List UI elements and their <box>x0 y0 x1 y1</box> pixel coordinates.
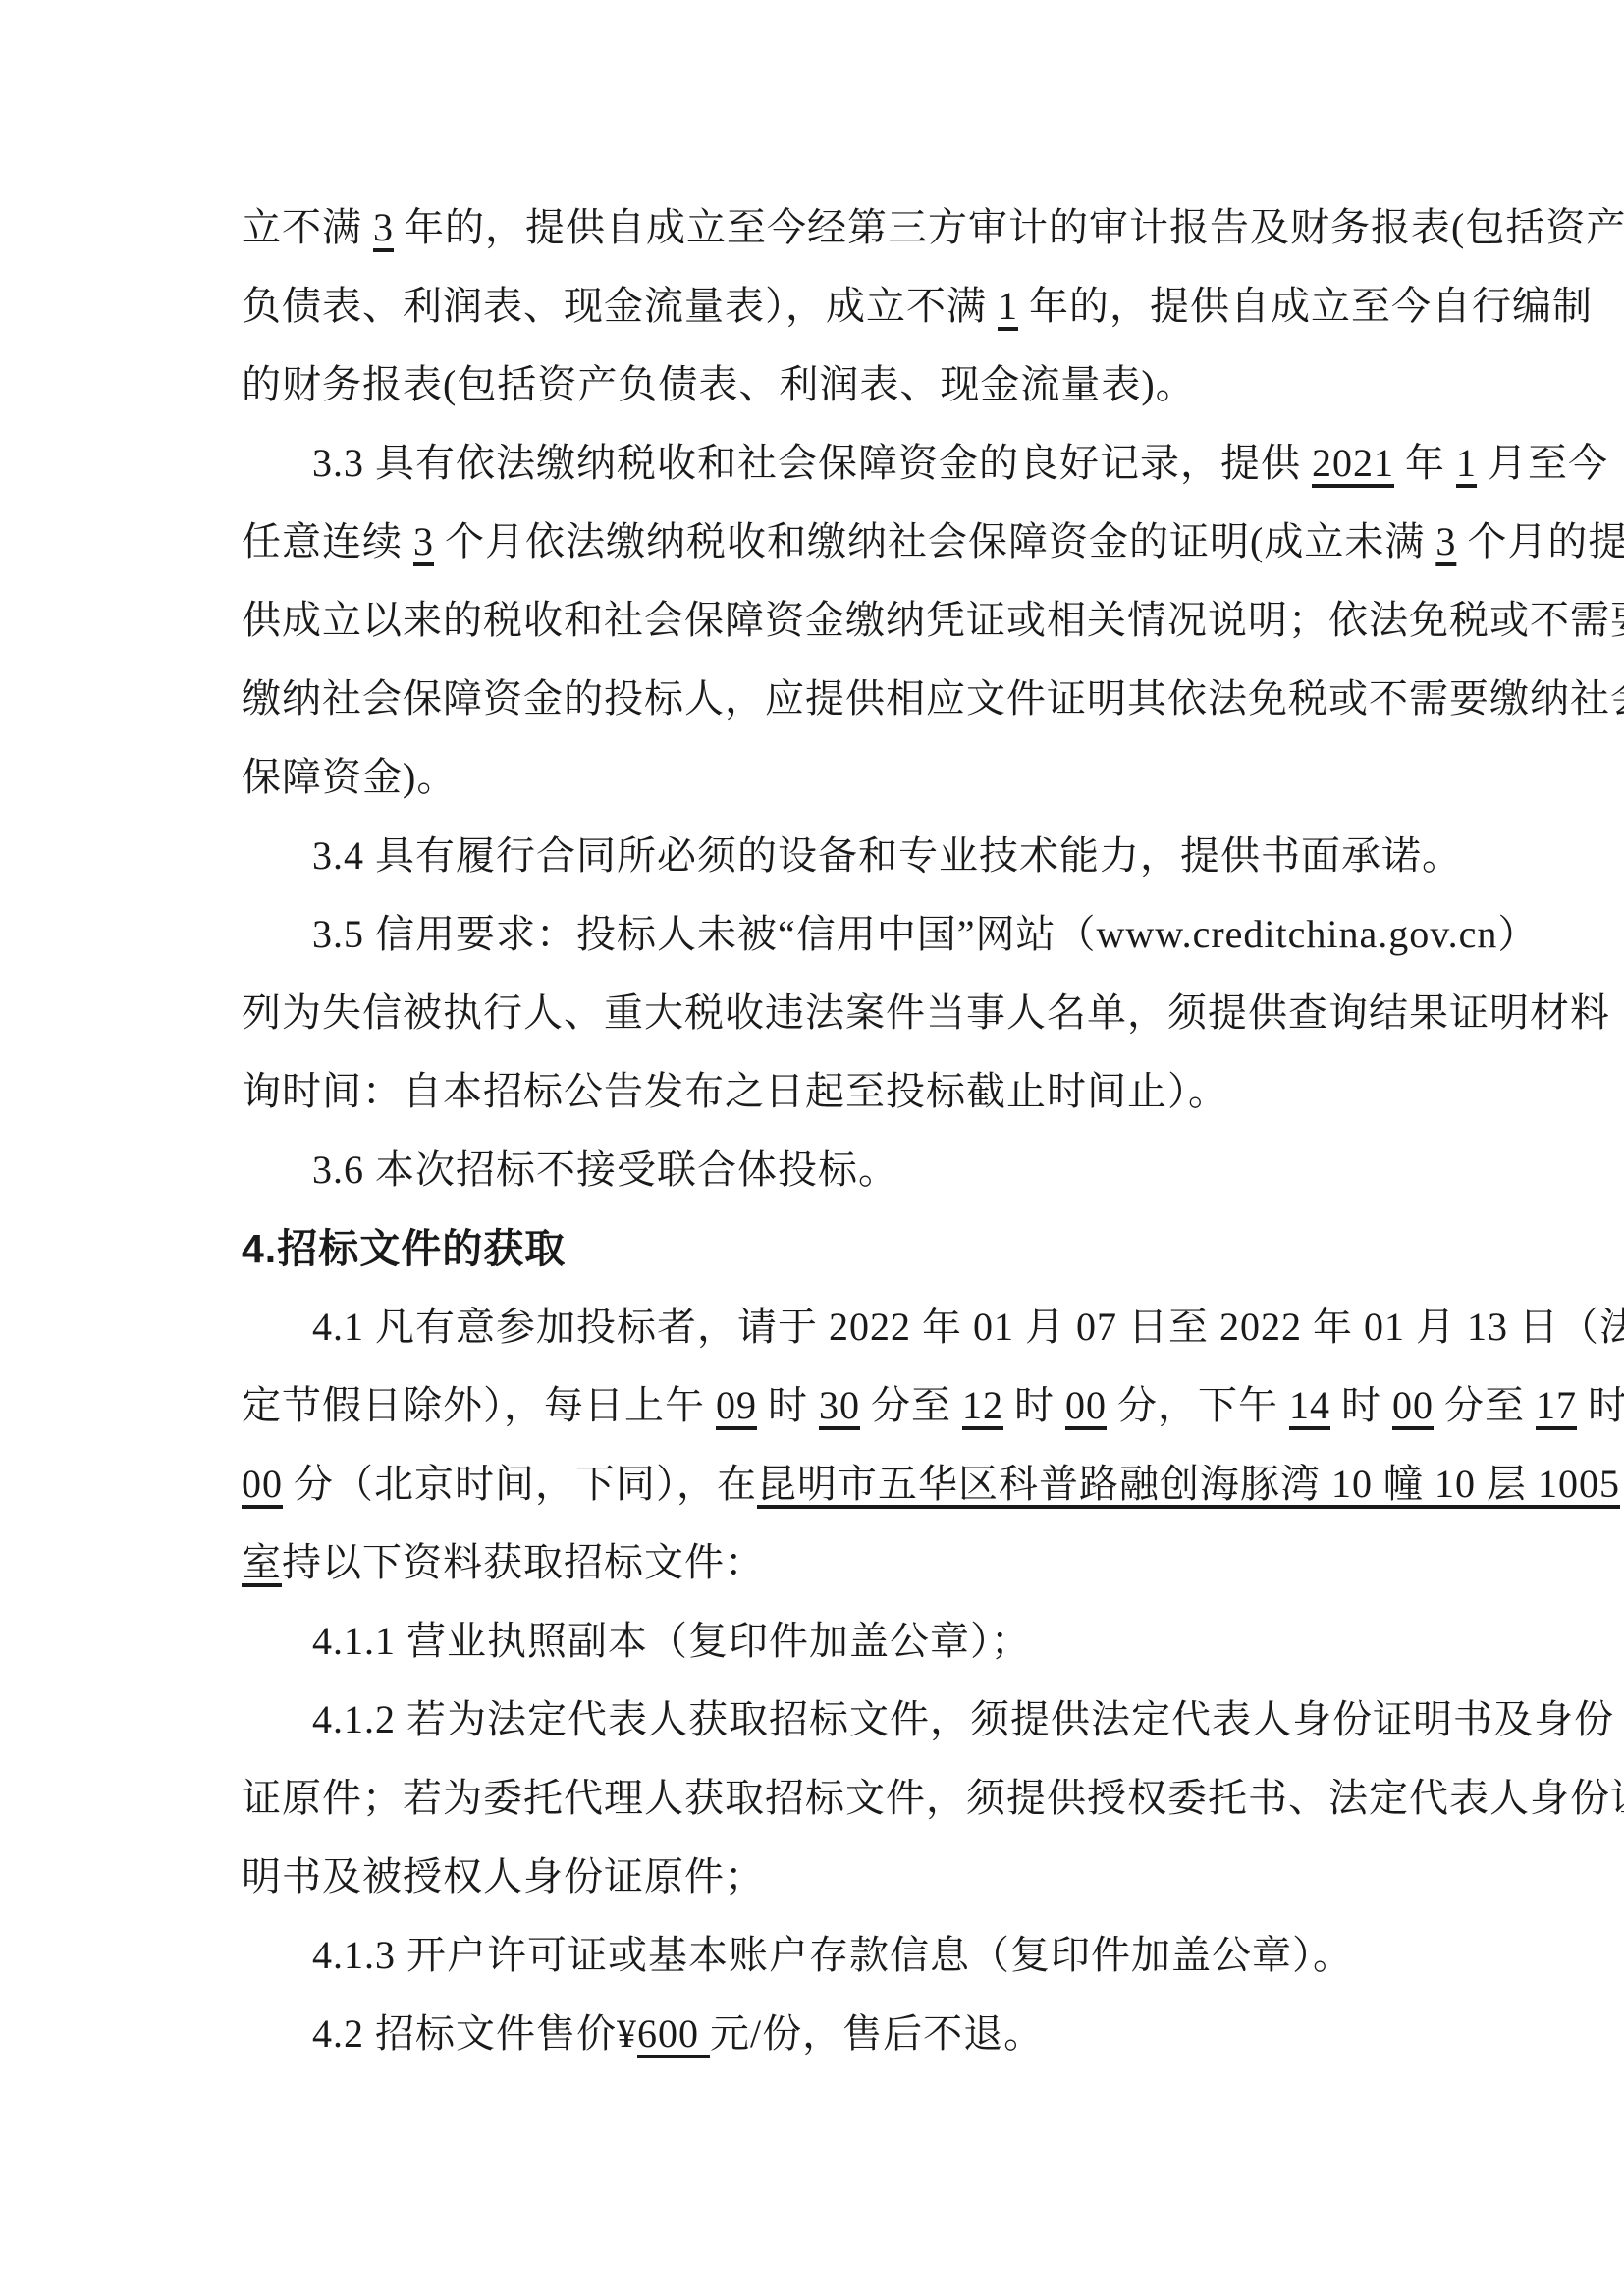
text-segment: 保障资金)。 <box>242 755 457 799</box>
para-4-1-line-4: 室持以下资料获取招标文件： <box>242 1523 1400 1602</box>
underlined-text: 昆明市五华区科普路融创海豚湾 10 幢 10 层 1005 <box>757 1462 1620 1506</box>
text-segment: 立不满 <box>242 205 373 249</box>
para-3-5-line-3: 询时间：自本招标公告发布之日起至投标截止时间止）。 <box>242 1052 1400 1131</box>
text-segment: 负债表、利润表、现金流量表），成立不满 <box>242 284 998 328</box>
para-3-3-line-4: 缴纳社会保障资金的投标人，应提供相应文件证明其依法免税或不需要缴纳社会 <box>242 660 1400 738</box>
text-segment: 3.3 具有依法缴纳税收和社会保障资金的良好记录，提供 <box>312 441 1312 485</box>
text-segment: 4.1 凡有意参加投标者，请于 2022 年 01 月 07 日至 2022 年… <box>312 1305 1624 1349</box>
text-segment: 4.1.2 若为法定代表人获取招标文件，须提供法定代表人身份证明书及身份 <box>312 1697 1614 1741</box>
underlined-text: 室 <box>242 1540 282 1584</box>
para-3-2-cont-line-2: 负债表、利润表、现金流量表），成立不满 1 年的，提供自成立至今自行编制 <box>242 267 1400 346</box>
text-segment: 证原件；若为委托代理人获取招标文件，须提供授权委托书、法定代表人身份证 <box>242 1776 1624 1820</box>
text-segment: 列为失信被执行人、重大税收违法案件当事人名单，须提供查询结果证明材料（查 <box>242 990 1624 1035</box>
underlined-text: 14 <box>1289 1383 1330 1427</box>
underlined-text: 600 <box>637 2011 710 2056</box>
text-segment: 年 <box>1394 441 1456 485</box>
document-content: 立不满 3 年的，提供自成立至今经第三方审计的审计报告及财务报表(包括资产负债表… <box>242 188 1400 2073</box>
underlined-text: 00 <box>1065 1383 1107 1427</box>
underlined-text: 3 <box>413 519 434 563</box>
text-segment: 定节假日除外），每日上午 <box>242 1383 716 1427</box>
text-segment: 个月的提 <box>1456 519 1624 563</box>
underlined-text: 00 <box>242 1462 283 1506</box>
text-segment: 询时间：自本招标公告发布之日起至投标截止时间止）。 <box>242 1069 1228 1113</box>
text-segment: 年的，提供自成立至今经第三方审计的审计报告及财务报表(包括资产 <box>394 205 1624 249</box>
para-3-3-line-3: 供成立以来的税收和社会保障资金缴纳凭证或相关情况说明；依法免税或不需要 <box>242 581 1400 660</box>
text-segment: 3.5 信用要求：投标人未被“信用中国”网站（www.creditchina.g… <box>312 912 1538 956</box>
underlined-text: 12 <box>962 1383 1003 1427</box>
text-segment: 任意连续 <box>242 519 413 563</box>
para-4-1-2-line-2: 证原件；若为委托代理人获取招标文件，须提供授权委托书、法定代表人身份证 <box>242 1759 1400 1838</box>
para-3-5-line-1: 3.5 信用要求：投标人未被“信用中国”网站（www.creditchina.g… <box>242 895 1400 974</box>
para-3-2-cont-line-1: 立不满 3 年的，提供自成立至今经第三方审计的审计报告及财务报表(包括资产 <box>242 188 1400 267</box>
text-segment: 3.4 具有履行合同所必须的设备和专业技术能力，提供书面承诺。 <box>312 833 1462 878</box>
para-3-6: 3.6 本次招标不接受联合体投标。 <box>242 1131 1400 1209</box>
text-segment: 的财务报表(包括资产负债表、利润表、现金流量表)。 <box>242 362 1196 406</box>
para-4-1-line-1: 4.1 凡有意参加投标者，请于 2022 年 01 月 07 日至 2022 年… <box>242 1288 1400 1366</box>
underlined-text: 00 <box>1392 1383 1434 1427</box>
text-segment: 月至今 <box>1477 441 1608 485</box>
para-4-1-1: 4.1.1 营业执照副本（复印件加盖公章）； <box>242 1602 1400 1681</box>
text-segment: 年的，提供自成立至今自行编制 <box>1018 284 1593 328</box>
para-3-3-line-2: 任意连续 3 个月依法缴纳税收和缴纳社会保障资金的证明(成立未满 3 个月的提 <box>242 503 1400 581</box>
underlined-text: 3 <box>1435 519 1456 563</box>
text-segment: 4.2 招标文件售价¥ <box>312 2011 637 2056</box>
text-segment: 时 <box>1330 1383 1392 1427</box>
text-segment: 4.1.1 营业执照副本（复印件加盖公章）； <box>312 1619 1031 1663</box>
para-3-4: 3.4 具有履行合同所必须的设备和专业技术能力，提供书面承诺。 <box>242 817 1400 895</box>
para-4-2: 4.2 招标文件售价¥600 元/份，售后不退。 <box>242 1995 1400 2073</box>
underlined-text: 09 <box>716 1383 757 1427</box>
text-segment: 分（北京时间，下同），在 <box>283 1462 757 1506</box>
para-4-1-3: 4.1.3 开户许可证或基本账户存款信息（复印件加盖公章）。 <box>242 1916 1400 1995</box>
text-segment: 分至 <box>1434 1383 1536 1427</box>
underlined-text: 17 <box>1536 1383 1577 1427</box>
para-4-1-line-3: 00 分（北京时间，下同），在昆明市五华区科普路融创海豚湾 10 幢 10 层 … <box>242 1445 1400 1523</box>
para-4-1-line-2: 定节假日除外），每日上午 09 时 30 分至 12 时 00 分，下午 14 … <box>242 1366 1400 1445</box>
text-segment: 3.6 本次招标不接受联合体投标。 <box>312 1148 898 1192</box>
underlined-text: 1 <box>1456 441 1477 485</box>
text-segment: 个月依法缴纳税收和缴纳社会保障资金的证明(成立未满 <box>434 519 1435 563</box>
text-segment: 时 <box>757 1383 819 1427</box>
document-page: 立不满 3 年的，提供自成立至今经第三方审计的审计报告及财务报表(包括资产负债表… <box>0 0 1624 2296</box>
text-segment: 4.1.3 开户许可证或基本账户存款信息（复印件加盖公章）。 <box>312 1933 1353 1977</box>
para-3-5-line-2: 列为失信被执行人、重大税收违法案件当事人名单，须提供查询结果证明材料（查 <box>242 974 1400 1052</box>
text-segment: 时 <box>1577 1383 1624 1427</box>
text-segment: 缴纳社会保障资金的投标人，应提供相应文件证明其依法免税或不需要缴纳社会 <box>242 676 1624 721</box>
text-segment: 分，下午 <box>1107 1383 1289 1427</box>
text-segment: 4.招标文件的获取 <box>242 1226 566 1271</box>
text-segment: 元/份，售后不退。 <box>710 2011 1044 2056</box>
underlined-text: 1 <box>998 284 1018 328</box>
para-4-1-2-line-1: 4.1.2 若为法定代表人获取招标文件，须提供法定代表人身份证明书及身份 <box>242 1681 1400 1759</box>
para-4-1-2-line-3: 明书及被授权人身份证原件； <box>242 1838 1400 1916</box>
para-3-2-cont-line-3: 的财务报表(包括资产负债表、利润表、现金流量表)。 <box>242 346 1400 424</box>
para-3-3-line-5: 保障资金)。 <box>242 738 1400 817</box>
text-segment: 持以下资料获取招标文件： <box>282 1540 765 1584</box>
text-segment: 明书及被授权人身份证原件； <box>242 1854 765 1898</box>
underlined-text: 2021 <box>1312 441 1394 485</box>
text-segment: 时 <box>1003 1383 1065 1427</box>
underlined-text: 3 <box>373 205 394 249</box>
heading-section-4: 4.招标文件的获取 <box>242 1209 1400 1288</box>
text-segment: 供成立以来的税收和社会保障资金缴纳凭证或相关情况说明；依法免税或不需要 <box>242 598 1624 642</box>
para-3-3-line-1: 3.3 具有依法缴纳税收和社会保障资金的良好记录，提供 2021 年 1 月至今 <box>242 424 1400 503</box>
underlined-text: 30 <box>819 1383 860 1427</box>
text-segment: 分至 <box>860 1383 962 1427</box>
